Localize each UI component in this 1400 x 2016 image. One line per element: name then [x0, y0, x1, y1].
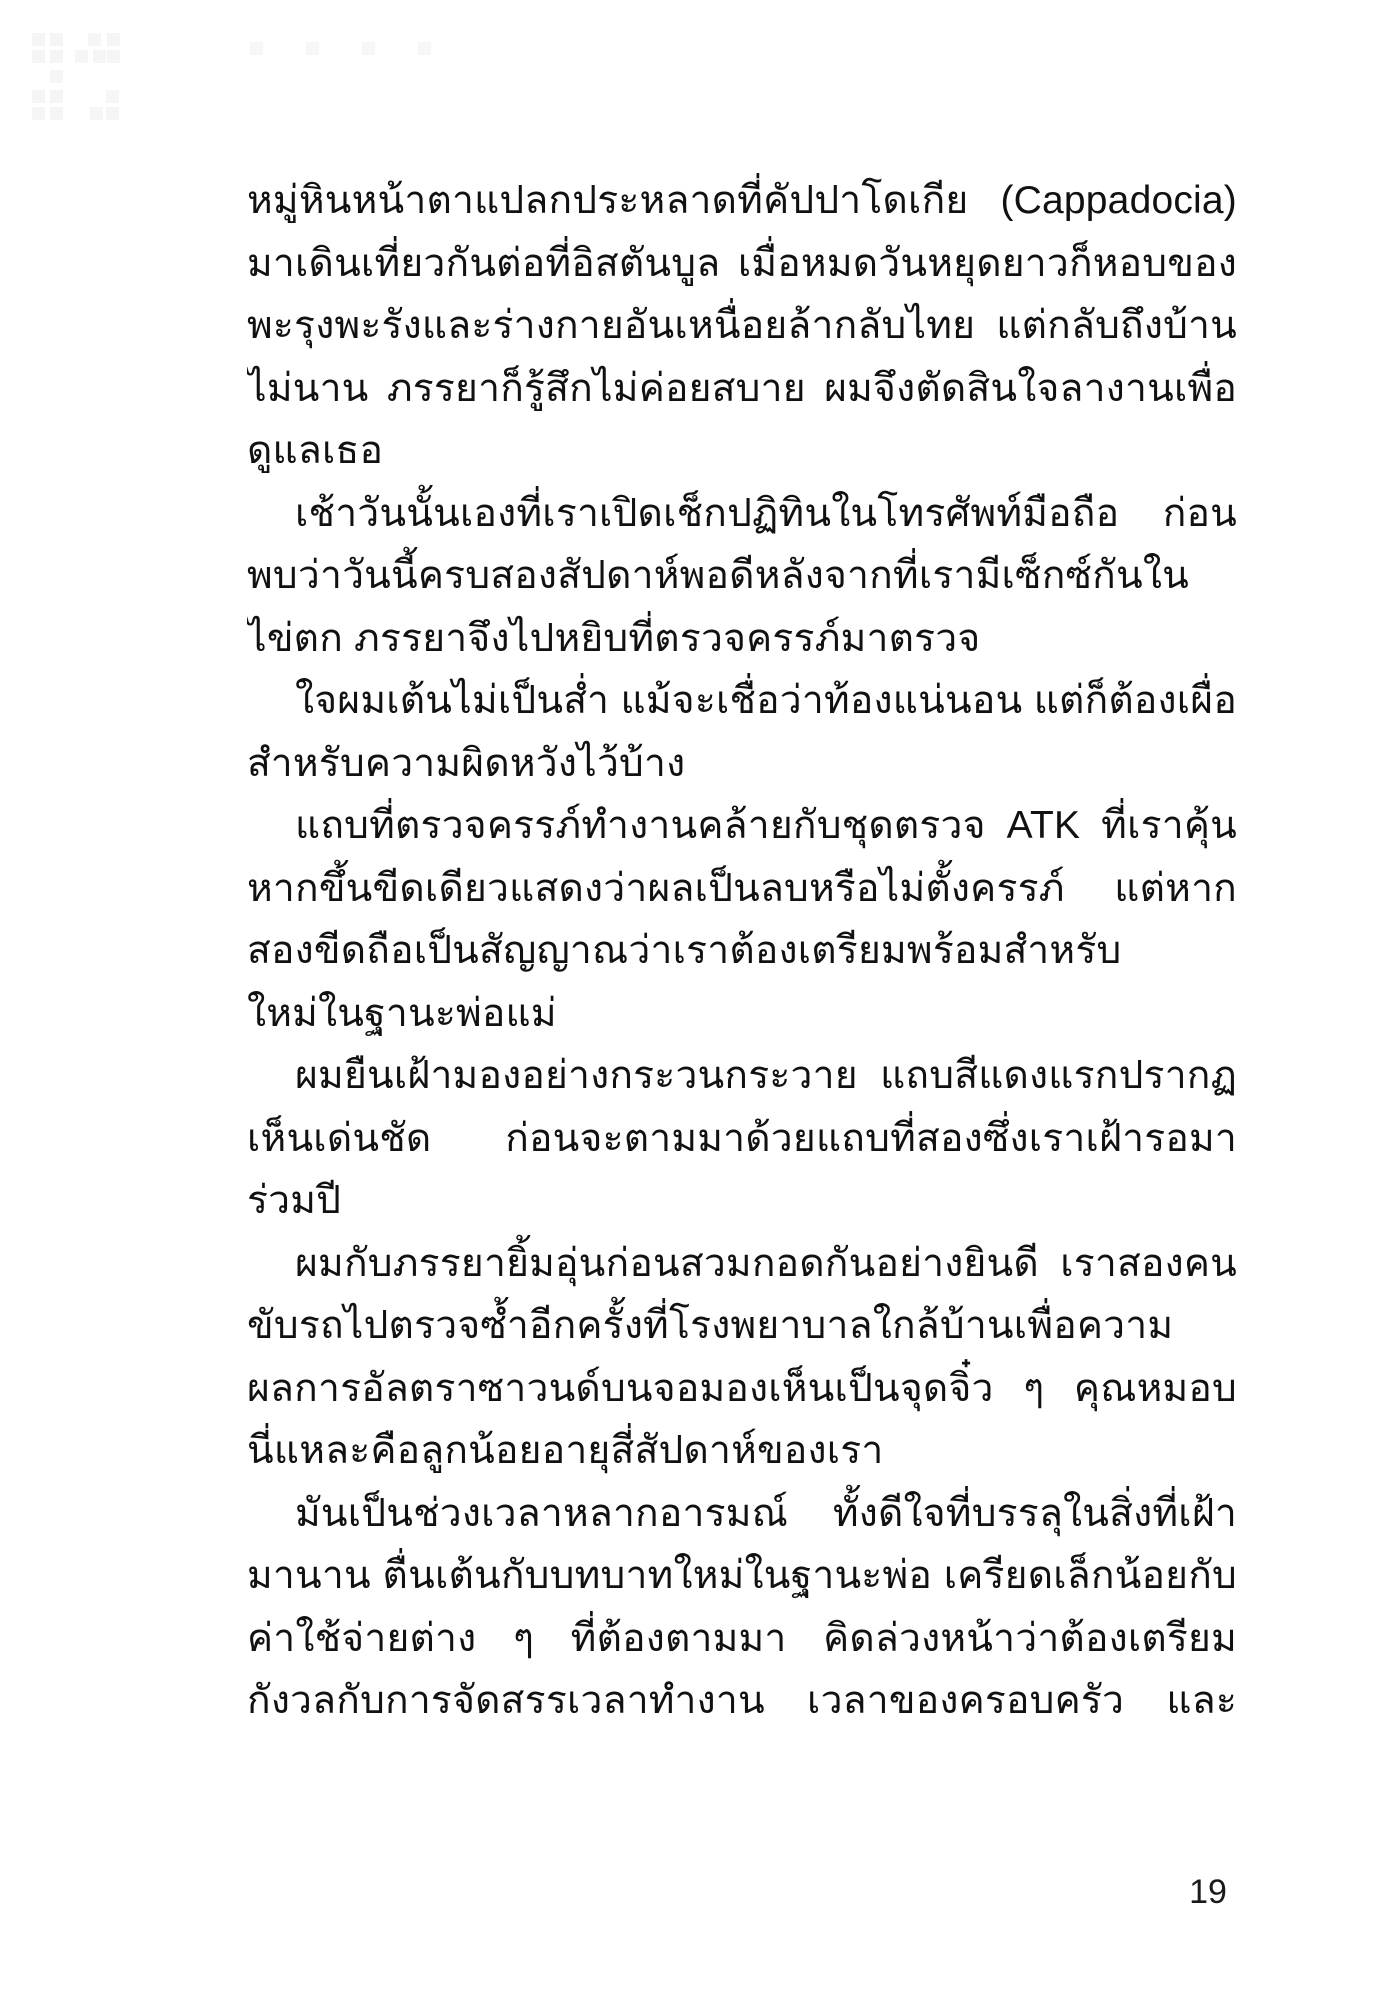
- text-line: ไข่ตก ภรรยาจึงไปหยิบที่ตรวจครรภ์มาตรวจ: [247, 608, 1237, 671]
- text-line: ขับรถไปตรวจซ้ำอีกครั้งที่โรงพยาบาลใกล้บ้…: [247, 1295, 1237, 1358]
- text-line: นี่แหละคือลูกน้อยอายุสี่สัปดาห์ของเรา: [247, 1420, 1237, 1483]
- text-line: ผมยืนเฝ้ามองอย่างกระวนกระวาย แถบสีแดงแรก…: [247, 1045, 1237, 1108]
- text-line: มันเป็นช่วงเวลาหลากอารมณ์ ทั้งดีใจที่บรร…: [247, 1483, 1237, 1546]
- text-line: ดูแลเธอ: [247, 420, 1237, 483]
- text-line: แถบที่ตรวจครรภ์ทำงานคล้ายกับชุดตรวจ ATK …: [247, 795, 1237, 858]
- text-line: มาเดินเที่ยวกันต่อที่อิสตันบูล เมื่อหมดว…: [247, 233, 1237, 296]
- text-line: เช้าวันนั้นเองที่เราเปิดเช็กปฏิทินในโทรศ…: [247, 483, 1237, 546]
- text-line: พบว่าวันนี้ครบสองสัปดาห์พอดีหลังจากที่เร…: [247, 545, 1237, 608]
- body-text: หมู่หินหน้าตาแปลกประหลาดที่คัปปาโดเกีย (…: [247, 170, 1237, 1733]
- text-line: หมู่หินหน้าตาแปลกประหลาดที่คัปปาโดเกีย (…: [247, 170, 1237, 233]
- text-line: ใจผมเต้นไม่เป็นส่ำ แม้จะเชื่อว่าท้องแน่น…: [247, 670, 1237, 733]
- text-line: ร่วมปี: [247, 1170, 1237, 1233]
- book-page: หมู่หินหน้าตาแปลกประหลาดที่คัปปาโดเกีย (…: [0, 0, 1400, 2016]
- text-line: หากขึ้นขีดเดียวแสดงว่าผลเป็นลบหรือไม่ตั้…: [247, 858, 1237, 921]
- page-number: 19: [1168, 1872, 1248, 1912]
- text-line: มานาน ตื่นเต้นกับบทบาทใหม่ในฐานะพ่อ เครี…: [247, 1545, 1237, 1608]
- text-line: ใหม่ในฐานะพ่อแม่: [247, 983, 1237, 1046]
- text-line: กังวลกับการจัดสรรเวลาทำงาน เวลาของครอบคร…: [247, 1670, 1237, 1733]
- text-line: สองขีดถือเป็นสัญญาณว่าเราต้องเตรียมพร้อม…: [247, 920, 1237, 983]
- text-line: ค่าใช้จ่ายต่าง ๆ ที่ต้องตามมา คิดล่วงหน้…: [247, 1608, 1237, 1671]
- text-line: ผมกับภรรยายิ้มอุ่นก่อนสวมกอดกันอย่างยินด…: [247, 1233, 1237, 1296]
- text-line: เห็นเด่นชัด ก่อนจะตามมาด้วยแถบที่สองซึ่ง…: [247, 1108, 1237, 1171]
- text-line: พะรุงพะรังและร่างกายอันเหนื่อยล้ากลับไทย…: [247, 295, 1237, 358]
- scan-artifact: [0, 0, 13, 13]
- text-line: ไม่นาน ภรรยาก็รู้สึกไม่ค่อยสบาย ผมจึงตัด…: [247, 358, 1237, 421]
- text-line: ผลการอัลตราซาวนด์บนจอมองเห็นเป็นจุดจิ๋ว …: [247, 1358, 1237, 1421]
- text-line: สำหรับความผิดหวังไว้บ้าง: [247, 733, 1237, 796]
